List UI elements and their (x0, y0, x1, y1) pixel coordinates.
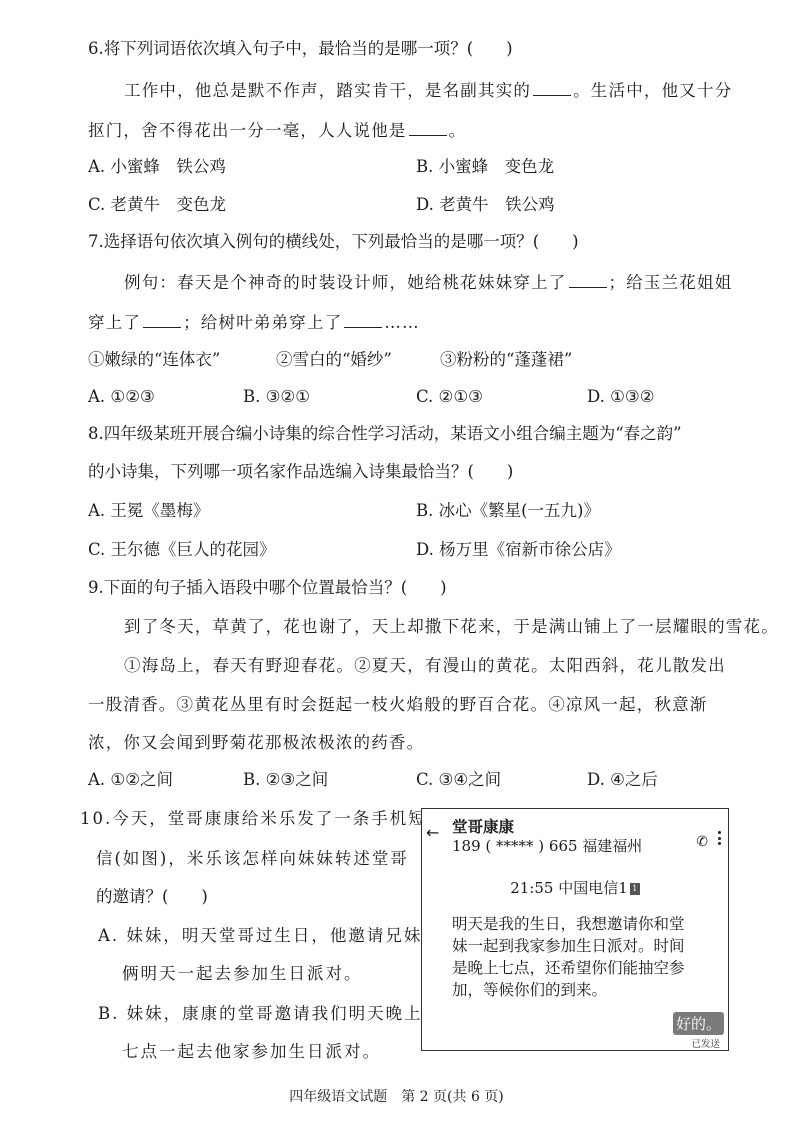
q7-text: ；给树叶弟弟穿上了 (183, 313, 342, 332)
q7-text: ；给玉兰花姐姐 (609, 273, 733, 292)
answer-blank[interactable] (344, 313, 382, 328)
message-timestamp: 21:55 中国电信11 (422, 877, 728, 898)
q8-title-line2: 的小诗集，下列哪一项名家作品选编入诗集最恰当？( ) (88, 461, 513, 483)
q10-option-b[interactable]: B. 妹妹，康康的堂哥邀请我们明天晚上 (98, 1003, 423, 1025)
timestamp-text: 21:55 中国电信1 (510, 879, 628, 897)
message-line: 妹一起到我家参加生日派对。时间 (452, 935, 724, 957)
contact-name: 堂哥康康 (452, 815, 514, 837)
q7-option-a[interactable]: A. ①②③ (88, 386, 155, 408)
q6-passage-line1: 工作中，他总是默不作声，踏实肯干，是名副其实的。生活中，他又十分 (124, 80, 732, 102)
q8-option-c[interactable]: C. 王尔德《巨人的花园》 (88, 539, 276, 561)
q9-option-a[interactable]: A. ①②之间 (88, 769, 173, 791)
q10-option-b-cont: 七点一起去他家参加生日派对。 (122, 1041, 381, 1063)
q7-choice-1: ①嫩绿的“连体衣” (88, 349, 220, 371)
q8-option-b[interactable]: B. 冰心《繁星(一五九)》 (416, 500, 600, 522)
sim-card-icon: 1 (630, 883, 640, 895)
q7-option-b[interactable]: B. ③②① (243, 386, 310, 408)
q8-title-line1: 8.四年级某班开展合编小诗集的综合性学习活动，某语文小组合编主题为“春之韵” (88, 423, 682, 445)
q7-choice-2: ②雪白的“婚纱” (276, 349, 392, 371)
q7-text: 例句：春天是个神奇的时装设计师，她给桃花妹妹穿上了 (124, 273, 567, 292)
q10-title-line1: 10.今天，堂哥康康给米乐发了一条手机短 (80, 808, 427, 830)
q6-title: 6.将下列词语依次填入句子中，最恰当的是哪一项？( ) (88, 38, 513, 60)
q6-text: 抠门，舍不得花出一分一毫，人人说他是 (88, 121, 407, 140)
answer-blank[interactable] (143, 313, 181, 328)
q10-title-line3: 的邀请？( ) (96, 886, 208, 908)
q9-option-c[interactable]: C. ③④之间 (416, 769, 501, 791)
q6-option-b[interactable]: B. 小蜜蜂 变色龙 (416, 156, 554, 178)
q9-passage-line1: ①海岛上，春天有野迎春花。②夏天，有漫山的黄花。太阳西斜，花儿散发出 (124, 655, 726, 677)
q9-title: 9.下面的句子插入语段中哪个位置最恰当？( ) (88, 577, 447, 599)
q6-option-d[interactable]: D. 老黄牛 铁公鸡 (416, 194, 555, 216)
answer-blank[interactable] (569, 273, 607, 288)
answer-blank[interactable] (533, 81, 571, 96)
message-body: 明天是我的生日，我想邀请你和堂 妹一起到我家参加生日派对。时间 是晚上七点，还希… (452, 913, 724, 1001)
q6-option-c[interactable]: C. 老黄牛 变色龙 (88, 194, 226, 216)
answer-blank[interactable] (409, 121, 447, 136)
contact-number-location: 189 ( ***** ) 665 福建福州 (452, 835, 642, 856)
reply-bubble: 好的。 (673, 1012, 724, 1035)
q10-option-a-cont: 俩明天一起去参加生日派对。 (122, 963, 363, 985)
q8-option-a[interactable]: A. 王冕《墨梅》 (88, 500, 209, 522)
q7-choice-3: ③粉粉的“蓬蓬裙” (440, 349, 572, 371)
q9-passage-line3: 浓，你又会闻到野菊花那极浓极浓的药香。 (88, 732, 424, 754)
q6-option-a[interactable]: A. 小蜜蜂 铁公鸡 (88, 156, 226, 178)
q9-option-b[interactable]: B. ②③之间 (243, 769, 328, 791)
q7-example-line1: 例句：春天是个神奇的时装设计师，她给桃花妹妹穿上了；给玉兰花姐姐 (124, 272, 732, 294)
message-line: 加，等候你们的到来。 (452, 979, 724, 1001)
q9-passage-line2: 一股清香。③黄花丛里有时会挺起一枝火焰般的野百合花。④凉风一起，秋意渐 (88, 694, 708, 716)
sent-status: 已发送 (691, 1036, 720, 1050)
q7-example-line2: 穿上了；给树叶弟弟穿上了…… (88, 312, 420, 334)
q8-option-d[interactable]: D. 杨万里《宿新市徐公店》 (416, 539, 621, 561)
more-options-icon (718, 831, 722, 848)
q9-sentence: 到了冬天，草黄了，花也谢了，天上却撒下花来，于是满山铺上了一层耀眼的雪花。 (124, 616, 779, 638)
phone-call-icon: ✆ (696, 834, 708, 850)
sms-screenshot-figure: ← 堂哥康康 189 ( ***** ) 665 福建福州 ✆ 21:55 中国… (421, 808, 729, 1051)
q7-option-d[interactable]: D. ①③② (587, 386, 655, 408)
q7-title: 7.选择语句依次填入例句的横线处，下列最恰当的是哪一项？( ) (88, 231, 579, 253)
message-line: 是晚上七点，还希望你们能抽空参 (452, 957, 724, 979)
message-line: 明天是我的生日，我想邀请你和堂 (452, 913, 724, 935)
q7-text: 穿上了 (88, 313, 141, 332)
q6-text: 。 (449, 121, 467, 140)
q10-title-line2: 信(如图)，米乐该怎样向妹妹转述堂哥 (96, 848, 409, 870)
back-arrow-icon: ← (426, 823, 439, 842)
page-footer: 四年级语文试题 第 2 页(共 6 页) (0, 1086, 793, 1106)
q6-text: 工作中，他总是默不作声，踏实肯干，是名副其实的 (124, 81, 531, 100)
q9-option-d[interactable]: D. ④之后 (587, 769, 658, 791)
q6-text: 。生活中，他又十分 (573, 81, 732, 100)
q7-option-c[interactable]: C. ②①③ (416, 386, 483, 408)
q7-text: …… (384, 313, 419, 332)
q10-option-a[interactable]: A. 妹妹，明天堂哥过生日，他邀请兄妹 (98, 925, 422, 947)
q6-passage-line2: 抠门，舍不得花出一分一毫，人人说他是。 (88, 120, 466, 142)
